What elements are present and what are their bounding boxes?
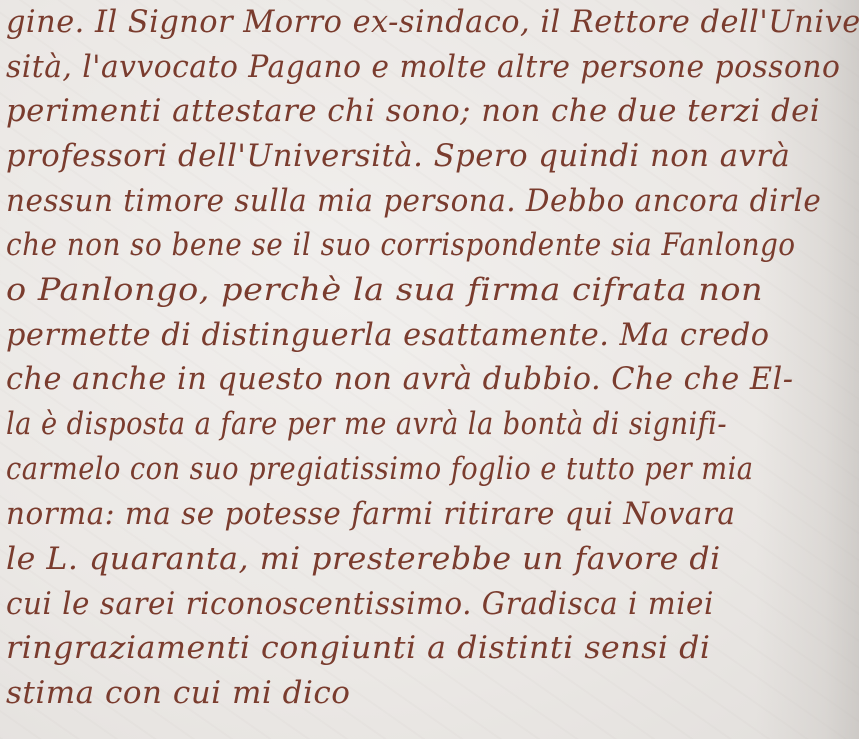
letter-line-16: stima con cui mi dico: [6, 675, 350, 711]
letter-line-11: carmelo con suo pregiatissimo foglio e t…: [6, 451, 753, 487]
letter-line-2: sità, l'avvocato Pagano e molte altre pe…: [6, 49, 840, 85]
letter-line-5: nessun timore sulla mia persona. Debbo a…: [6, 183, 821, 219]
letter-line-15: ringraziamenti congiunti a distinti sens…: [6, 630, 710, 666]
letter-line-3: perimenti attestare chi sono; non che du…: [6, 93, 820, 129]
letter-line-12: norma: ma se potesse farmi ritirare qui …: [6, 496, 735, 532]
letter-line-9: che anche in questo non avrà dubbio. Che…: [6, 361, 793, 397]
letter-line-14: cui le sarei riconoscentissimo. Gradisca…: [6, 586, 714, 622]
letter-line-4: professori dell'Università. Spero quindi…: [6, 138, 790, 174]
letter-page: gine. Il Signor Morro ex-sindaco, il Ret…: [0, 0, 859, 739]
letter-line-1: gine. Il Signor Morro ex-sindaco, il Ret…: [6, 4, 859, 40]
letter-line-7: o Panlongo, perchè la sua firma cifrata …: [6, 272, 763, 308]
letter-line-6: che non so bene se il suo corrispondente…: [6, 227, 796, 263]
letter-line-13: le L. quaranta, mi presterebbe un favore…: [6, 541, 721, 577]
letter-line-8: permette di distinguerla esattamente. Ma…: [6, 317, 770, 353]
letter-line-10: la è disposta a fare per me avrà la bont…: [6, 406, 727, 442]
